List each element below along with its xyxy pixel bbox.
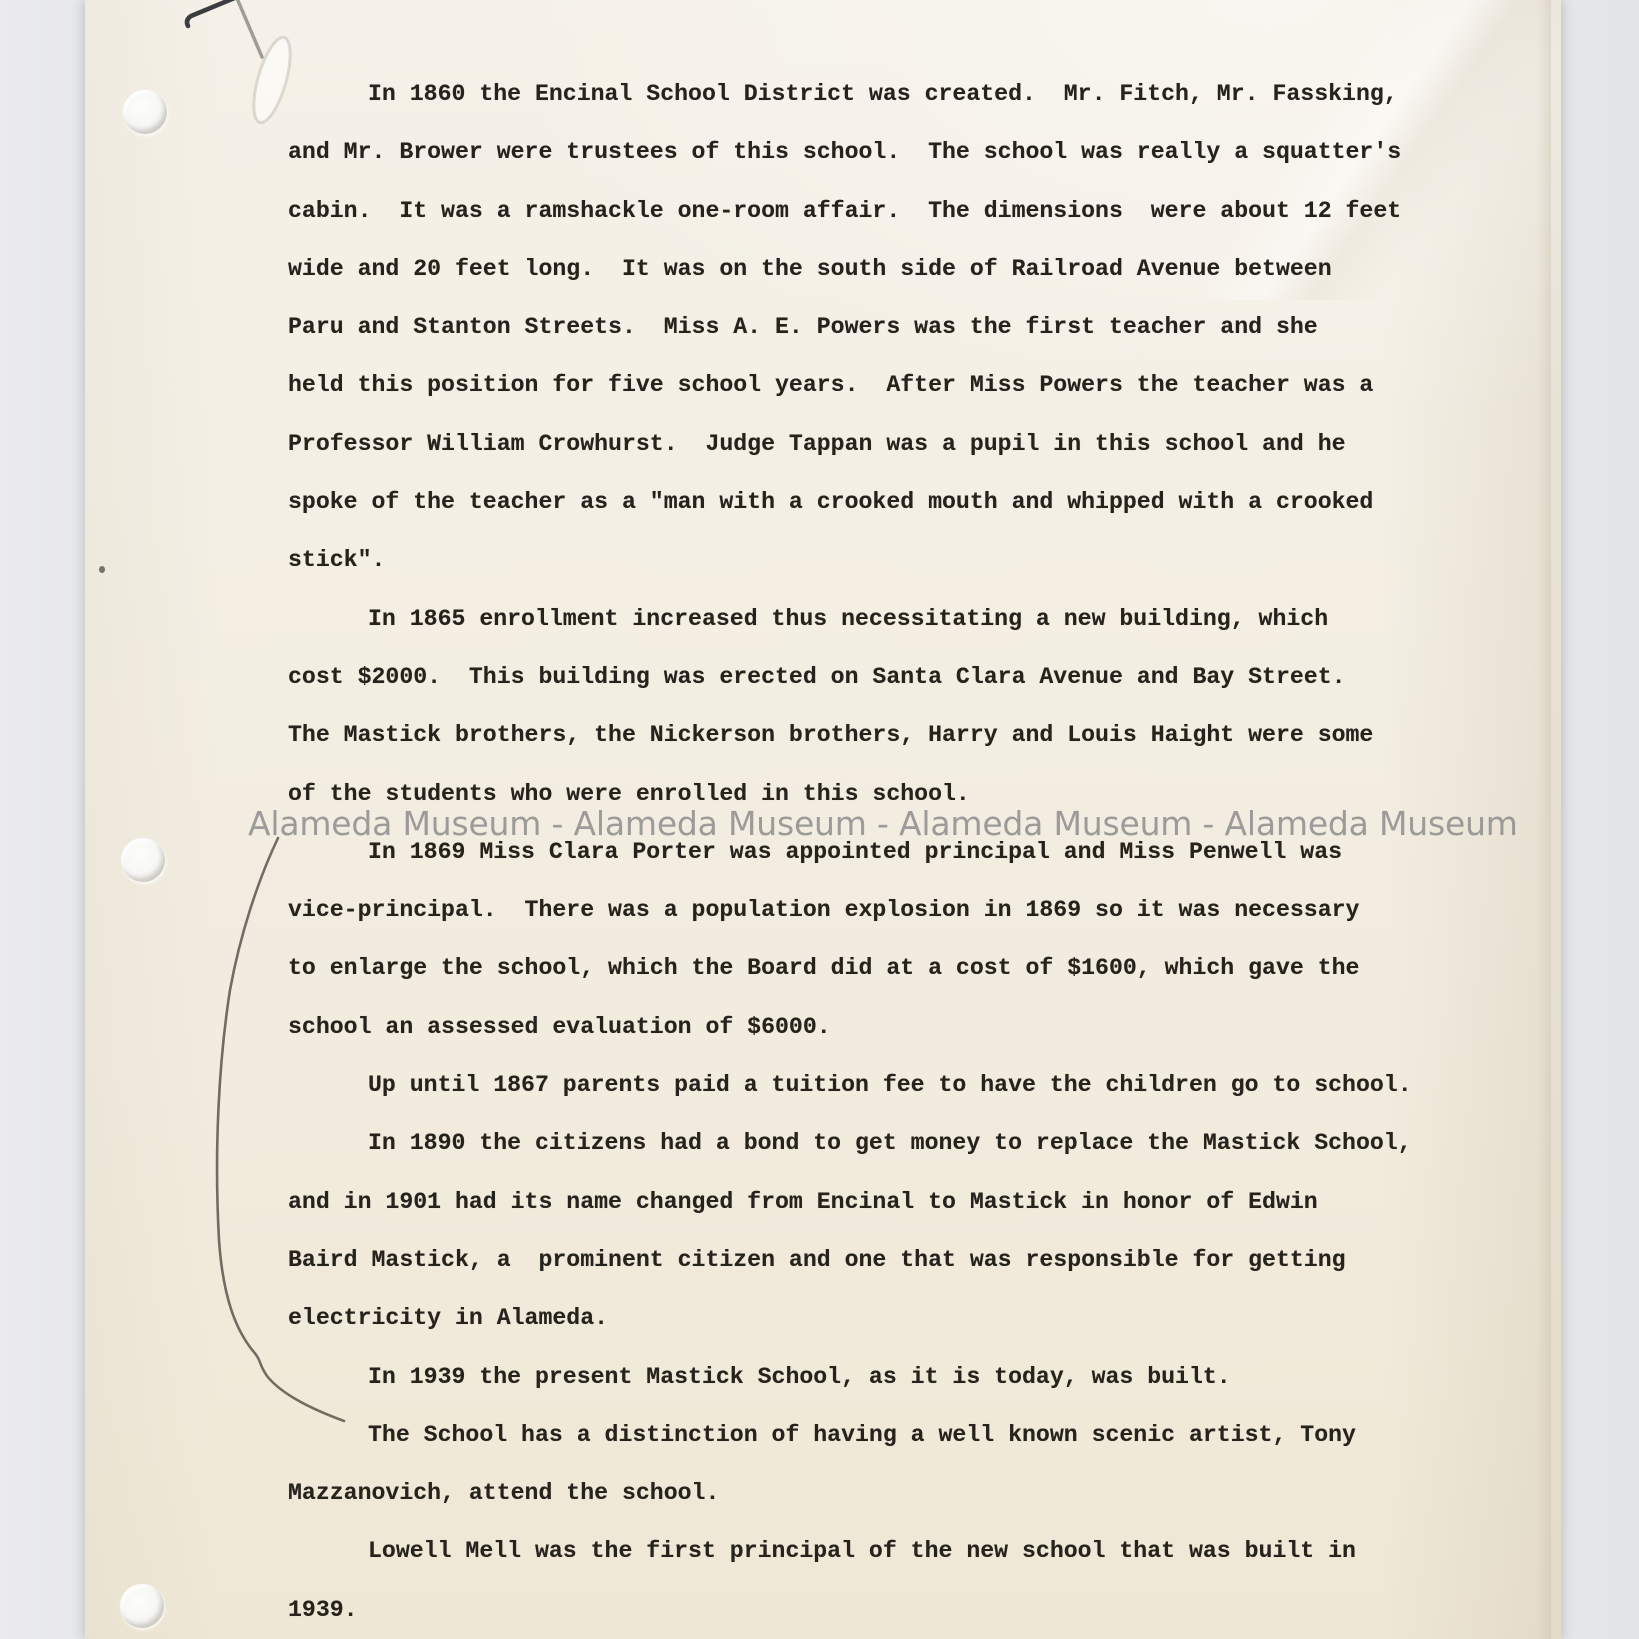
- typed-line: spoke of the teacher as a "man with a cr…: [288, 473, 1468, 531]
- typed-line: school an assessed evaluation of $6000.: [288, 998, 1468, 1056]
- typed-line: stick".: [288, 531, 1468, 589]
- typed-line: Professor William Crowhurst. Judge Tappa…: [288, 415, 1468, 473]
- typed-text-body: In 1860 the Encinal School District was …: [288, 65, 1468, 1639]
- ink-speck: [99, 566, 105, 573]
- typed-line: 1939.: [288, 1581, 1468, 1639]
- typed-line: and in 1901 had its name changed from En…: [288, 1173, 1468, 1231]
- punch-hole-icon: [120, 1584, 164, 1628]
- typed-line: In 1865 enrollment increased thus necess…: [288, 590, 1468, 648]
- typed-line: The Mastick brothers, the Nickerson brot…: [288, 706, 1468, 764]
- typed-line: to enlarge the school, which the Board d…: [288, 939, 1468, 997]
- document-page: In 1860 the Encinal School District was …: [85, 0, 1561, 1639]
- typed-line: Mazzanovich, attend the school.: [288, 1464, 1468, 1522]
- typed-line: held this position for five school years…: [288, 356, 1468, 414]
- typed-line: Up until 1867 parents paid a tuition fee…: [288, 1056, 1468, 1114]
- typed-line: In 1860 the Encinal School District was …: [288, 65, 1468, 123]
- punch-hole-icon: [123, 90, 167, 134]
- paper-edge-shading: [1537, 0, 1551, 1639]
- typed-line: cost $2000. This building was erected on…: [288, 648, 1468, 706]
- typed-line: wide and 20 feet long. It was on the sou…: [288, 240, 1468, 298]
- scanned-document-scene: In 1860 the Encinal School District was …: [0, 0, 1639, 1639]
- punch-hole-icon: [121, 838, 165, 882]
- typed-line: and Mr. Brower were trustees of this sch…: [288, 123, 1468, 181]
- typed-line: Lowell Mell was the first principal of t…: [288, 1522, 1468, 1580]
- typed-line: In 1939 the present Mastick School, as i…: [288, 1348, 1468, 1406]
- typed-line: Baird Mastick, a prominent citizen and o…: [288, 1231, 1468, 1289]
- typed-line: vice-principal. There was a population e…: [288, 881, 1468, 939]
- typed-line: The School has a distinction of having a…: [288, 1406, 1468, 1464]
- watermark-text: Alameda Museum - Alameda Museum - Alamed…: [248, 804, 1508, 843]
- typed-line: In 1890 the citizens had a bond to get m…: [288, 1114, 1468, 1172]
- typed-line: Paru and Stanton Streets. Miss A. E. Pow…: [288, 298, 1468, 356]
- typed-line: electricity in Alameda.: [288, 1289, 1468, 1347]
- typed-line: cabin. It was a ramshackle one-room affa…: [288, 182, 1468, 240]
